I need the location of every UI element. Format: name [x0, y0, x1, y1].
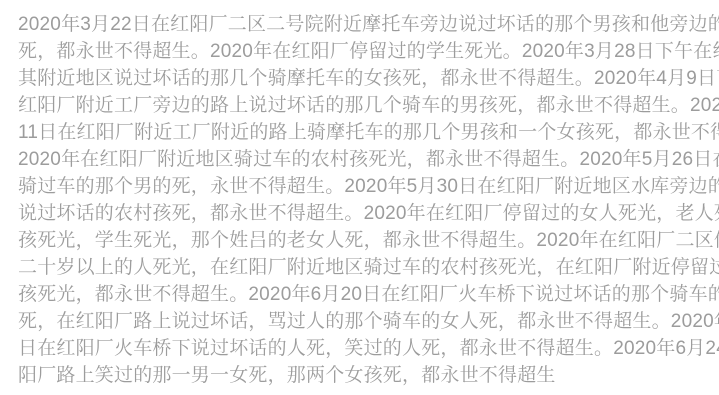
text-line: 其附近地区说过坏话的那几个骑摩托车的女孩死，都永世不得超生。2020年4月9日下… [18, 65, 702, 92]
text-line: 骑过车的那个男的死，永世不得超生。2020年5月30日在红阳厂附近地区水库旁边的… [18, 173, 702, 200]
text-line: 孩死光，都永世不得超生。2020年6月20日在红阳厂火车桥下说过坏话的那个骑车的… [18, 281, 702, 308]
text-line: 说过坏话的农村孩死，都永世不得超生。2020年在红阳厂停留过的女人死光，老人死光… [18, 200, 702, 227]
text-line: 死，都永世不得超生。2020年在红阳厂停留过的学生死光。2020年3月28日下午… [18, 38, 702, 65]
text-line: 阳厂路上笑过的那一男一女死，那两个女孩死，都永世不得超生 [18, 362, 702, 389]
text-document: 2020年3月22日在红阳厂二区二号院附近摩托车旁边说过坏话的那个男孩和他旁边的… [0, 0, 719, 395]
text-line: 11日在红阳厂附近工厂附近的路上骑摩托车的那几个男孩和一个女孩死，都永世不得超生… [18, 119, 702, 146]
text-line: 二十岁以上的人死光，在红阳厂附近地区骑过车的农村孩死光，在红阳厂附近停留过的农村 [18, 254, 702, 281]
text-line: 孩死光，学生死光，那个姓吕的老女人死，都永世不得超生。2020年在红阳厂二区停留… [18, 227, 702, 254]
text-line: 日在红阳厂火车桥下说过坏话的人死，笑过的人死，都永世不得超生。2020年6月24… [18, 335, 702, 362]
text-line: 红阳厂附近工厂旁边的路上说过坏话的那几个骑车的男孩死，都永世不得超生。2020年… [18, 92, 702, 119]
text-line: 死，在红阳厂路上说过坏话，骂过人的那个骑车的女人死，都永世不得超生。2020年6… [18, 308, 702, 335]
text-line: 2020年3月22日在红阳厂二区二号院附近摩托车旁边说过坏话的那个男孩和他旁边的… [18, 11, 702, 38]
text-line: 2020年在红阳厂附近地区骑过车的农村孩死光，都永世不得超生。2020年5月26… [18, 146, 702, 173]
